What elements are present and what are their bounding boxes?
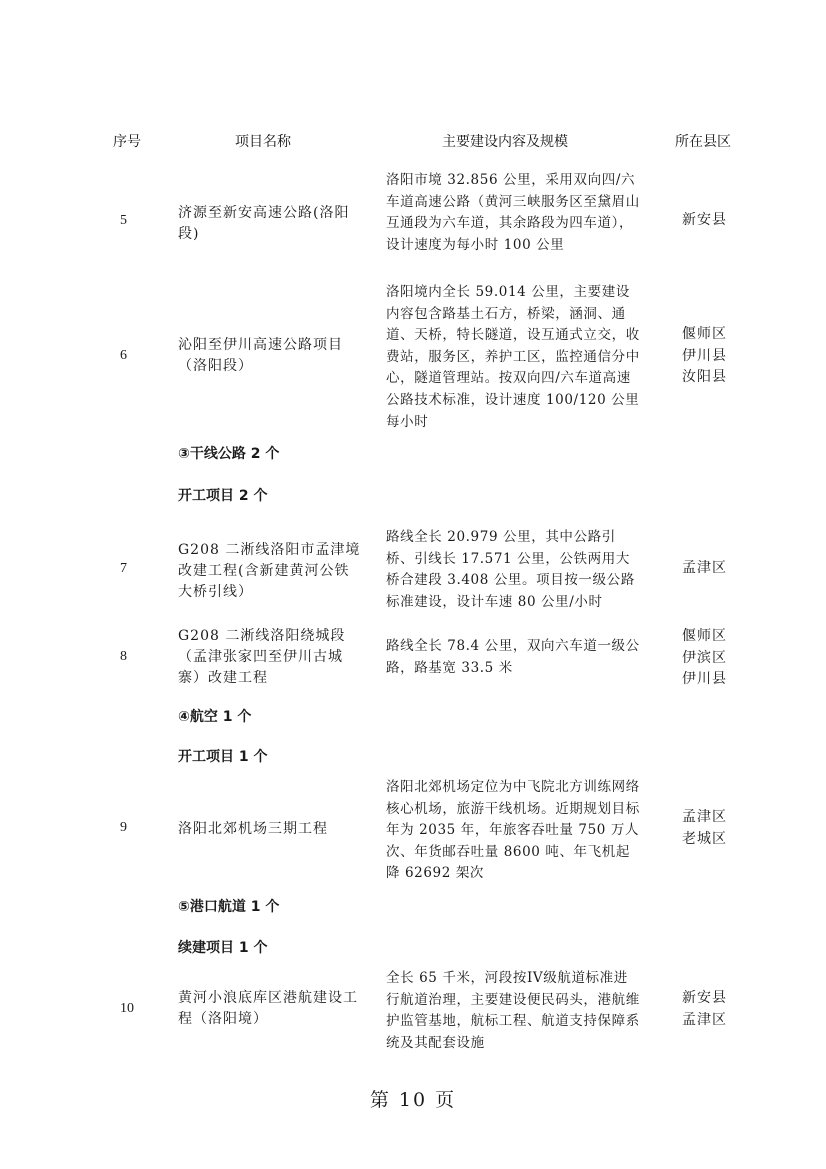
row-content: 全长 65 千米，河段按IV级航道标准进行航道治理，主要建设便民码头，港航维护监… [386, 968, 641, 1054]
row-project-name: 黄河小浪底库区港航建设工程（洛阳境） [178, 988, 363, 1030]
header-project-name: 项目名称 [235, 131, 291, 151]
row-county: 新安县 孟津区 [682, 988, 742, 1031]
row-project-name: 沁阳至伊川高速公路项目（洛阳段） [178, 335, 363, 377]
row-county: 偃师区 伊滨区 伊川县 [682, 626, 742, 691]
row-county: 孟津区 老城区 [682, 807, 742, 850]
row-county: 偃师区 伊川县 汝阳县 [682, 324, 742, 389]
row-seq: 6 [120, 348, 140, 364]
page-number: 第 10 页 [0, 1085, 826, 1112]
section-heading-trunk-roads: ③干线公路 2 个 [178, 443, 279, 463]
row-content: 路线全长 78.4 公里，双向六车道一级公路，路基宽 33.5 米 [386, 636, 641, 679]
row-county: 孟津区 [682, 558, 742, 580]
section-heading-ports-waterways: ⑤港口航道 1 个 [178, 896, 279, 916]
row-seq: 9 [120, 820, 140, 836]
row-project-name: G208 二淅线洛阳绕城段（孟津张家凹至伊川古城寨）改建工程 [178, 626, 363, 689]
row-content: 洛阳北郊机场定位为中飞院北方训练网络核心机场，旅游干线机场。近期规划目标年为 2… [386, 777, 641, 885]
row-project-name: 济源至新安高速公路(洛阳段) [178, 203, 363, 245]
header-content: 主要建设内容及规模 [442, 131, 568, 151]
section-heading-new-projects: 开工项目 2 个 [178, 485, 268, 505]
section-heading-aviation: ④航空 1 个 [178, 706, 251, 726]
row-project-name: 洛阳北郊机场三期工程 [178, 819, 363, 840]
row-content: 洛阳市境 32.856 公里，采用双向四/六车道高速公路（黄河三峡服务区至黛眉山… [386, 170, 641, 256]
row-seq: 7 [120, 561, 140, 577]
section-heading-new-projects: 开工项目 1 个 [178, 746, 268, 766]
row-seq: 8 [120, 649, 140, 665]
row-content: 路线全长 20.979 公里，其中公路引桥、引线长 17.571 公里，公铁两用… [386, 527, 641, 613]
header-seq: 序号 [113, 131, 141, 151]
header-county: 所在县区 [675, 131, 731, 151]
document-page: 序号 项目名称 主要建设内容及规模 所在县区 5 济源至新安高速公路(洛阳段) … [0, 0, 826, 1169]
row-project-name: G208 二淅线洛阳市孟津境改建工程(含新建黄河公铁大桥引线） [178, 540, 363, 603]
row-seq: 5 [120, 213, 140, 229]
row-seq: 10 [120, 1001, 140, 1017]
row-county: 新安县 [682, 210, 742, 232]
row-content: 洛阳境内全长 59.014 公里，主要建设内容包含路基土石方，桥梁，涵洞、通道、… [386, 282, 641, 433]
section-heading-ongoing-projects: 续建项目 1 个 [178, 937, 268, 957]
